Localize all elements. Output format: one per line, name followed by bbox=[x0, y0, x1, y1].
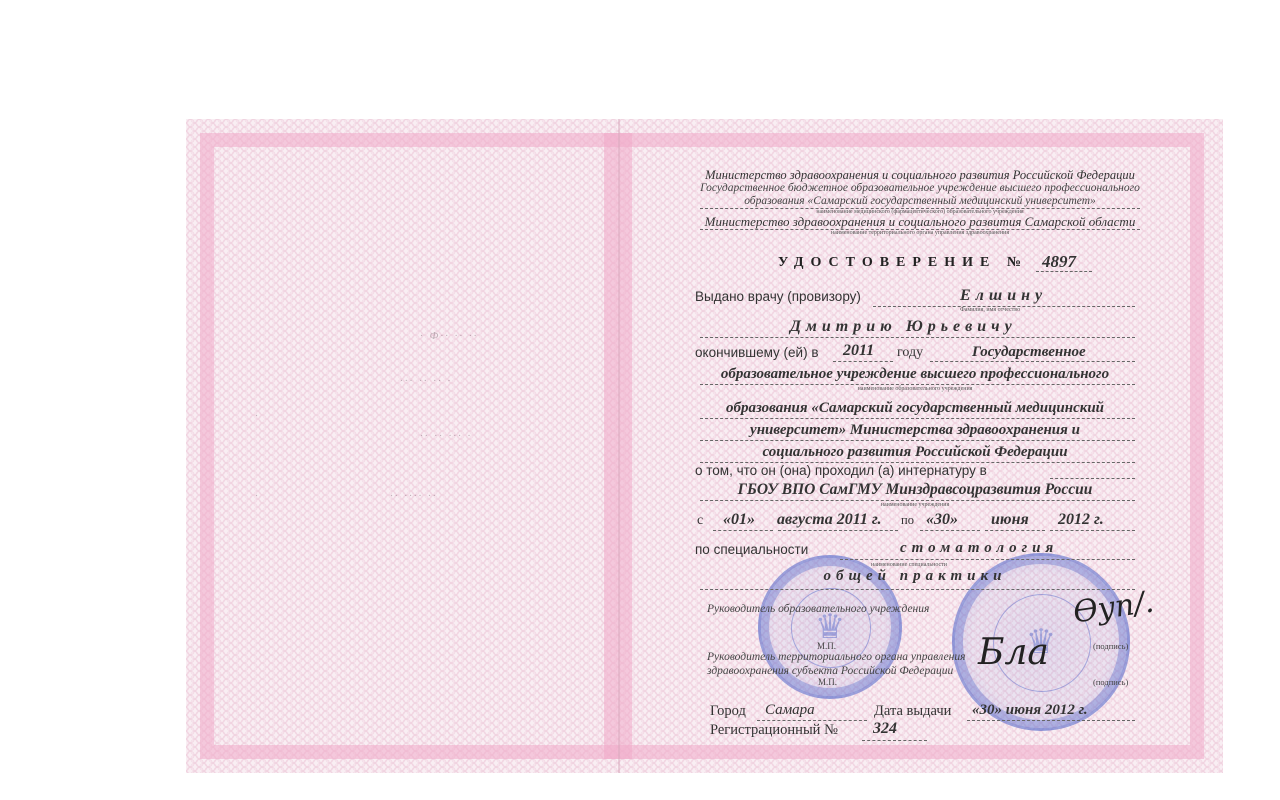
institution-line-a: Государственное bbox=[972, 344, 1086, 361]
dashed-line bbox=[930, 361, 1135, 362]
bleed-mark: · Ф·· ·· ·· bbox=[420, 330, 478, 342]
dashed-line bbox=[700, 500, 1135, 501]
issue-date-label: Дата выдачи bbox=[874, 703, 951, 720]
bleed-mark: ·· ···· ·· bbox=[390, 490, 438, 502]
specialty-label: по специальности bbox=[695, 542, 808, 557]
dashed-line bbox=[700, 418, 1135, 419]
dashed-line bbox=[840, 559, 1135, 560]
dashed-line bbox=[1036, 271, 1092, 272]
specialty-line-1: стоматология bbox=[900, 540, 1058, 557]
dashed-line bbox=[713, 530, 773, 531]
dashed-line bbox=[833, 361, 893, 362]
city-value: Самара bbox=[765, 702, 815, 719]
from-month-year: августа 2011 г. bbox=[777, 511, 882, 529]
issued-to-label: Выдано врачу (провизору) bbox=[695, 289, 861, 304]
bleed-mark: · bbox=[255, 410, 260, 422]
institution-line-b: образовательное учреждение высшего профе… bbox=[690, 366, 1140, 383]
from-label: с bbox=[697, 513, 703, 529]
page-fold bbox=[618, 119, 620, 773]
dashed-line bbox=[700, 589, 1135, 590]
to-month: июня bbox=[991, 511, 1029, 529]
certificate-number: 4897 bbox=[1042, 252, 1076, 272]
city-label: Город bbox=[710, 703, 746, 720]
dashed-line bbox=[862, 740, 927, 741]
specialty-line-2: общей практики bbox=[690, 568, 1140, 585]
registration-label: Регистрационный № bbox=[710, 722, 838, 739]
bleed-mark: ··· ·· ·· · bbox=[400, 375, 452, 387]
institution-line-d: университет» Министерства здравоохранени… bbox=[690, 422, 1140, 439]
regional-ministry-line: Министерство здравоохранения и социально… bbox=[680, 214, 1160, 230]
institution-line-c: образования «Самарский государственный м… bbox=[690, 400, 1140, 417]
surname: Елшину bbox=[960, 287, 1047, 305]
seal-place-2: М.П. bbox=[818, 677, 837, 687]
dashed-line bbox=[757, 720, 867, 721]
caption-fullname: Фамилия, имя отчество bbox=[960, 307, 1020, 313]
to-year: 2012 г. bbox=[1058, 511, 1104, 529]
dashed-line bbox=[967, 720, 1135, 721]
dashed-line bbox=[700, 337, 1135, 338]
issue-date-value: «30» июня 2012 г. bbox=[972, 702, 1088, 719]
head-territorial-label-1: Руководитель территориального органа упр… bbox=[707, 651, 965, 663]
dashed-line bbox=[700, 440, 1135, 441]
certificate-title: УДОСТОВЕРЕНИЕ № bbox=[778, 255, 1028, 271]
institution-line-e: социального развития Российской Федераци… bbox=[690, 444, 1140, 461]
graduation-label: окончившему (ей) в bbox=[695, 345, 819, 360]
dashed-line bbox=[700, 384, 1135, 385]
signature-caption-1: (подпись) bbox=[1093, 641, 1128, 651]
bleed-mark: ·· ·· ··· · bbox=[420, 430, 472, 442]
bleed-mark: · bbox=[255, 490, 260, 502]
dashed-line bbox=[985, 530, 1045, 531]
dashed-line bbox=[778, 530, 898, 531]
caption-education: наименование образовательного учреждения bbox=[690, 386, 1140, 392]
internship-label: о том, что он (она) проходил (а) интерна… bbox=[695, 463, 987, 478]
signature-2: Бла bbox=[978, 632, 1049, 673]
dashed-line bbox=[1050, 530, 1135, 531]
dashed-line bbox=[920, 530, 980, 531]
to-label: по bbox=[901, 513, 914, 528]
dashed-line bbox=[1050, 478, 1135, 479]
signature-caption-2: (подпись) bbox=[1093, 677, 1128, 687]
left-page-border bbox=[200, 133, 632, 759]
internship-institution: ГБОУ ВПО СамГМУ Минздравсоцразвития Росс… bbox=[690, 481, 1140, 499]
head-institution-label: Руководитель образовательного учреждения bbox=[707, 603, 929, 615]
given-names: Дмитрию Юрьевичу bbox=[790, 318, 1017, 336]
from-day: «01» bbox=[723, 511, 755, 529]
head-territorial-label-2: здравоохранения субъекта Российской Феде… bbox=[707, 665, 953, 677]
institution-line-2: образования «Самарский государственный м… bbox=[680, 195, 1160, 207]
caption-territorial: наименование территориального органа упр… bbox=[680, 230, 1160, 236]
seal-place-1: М.П. bbox=[817, 641, 836, 651]
institution-line-1: Государственное бюджетное образовательно… bbox=[680, 182, 1160, 194]
to-day: «30» bbox=[926, 511, 958, 529]
registration-number: 324 bbox=[873, 720, 897, 738]
graduation-year: 2011 bbox=[843, 342, 874, 360]
ministry-line: Министерство здравоохранения и социально… bbox=[680, 168, 1160, 183]
year-suffix: году bbox=[897, 345, 923, 361]
caption-establishment: наименование учреждения bbox=[690, 502, 1140, 508]
